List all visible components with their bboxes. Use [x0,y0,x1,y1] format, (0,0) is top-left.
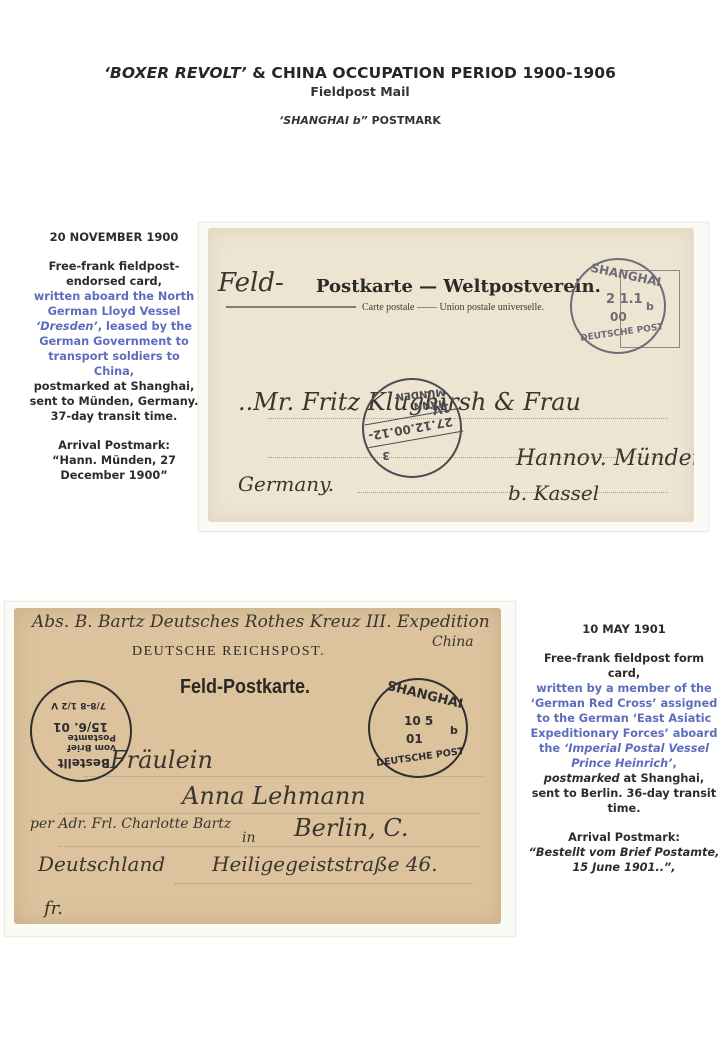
item2-intro: Free-frank fieldpost form card, [528,651,720,681]
card2-street: Heiligegeiststraße 46. [212,852,438,876]
item1-blue-text: written aboard the North German Lloyd Ve… [28,289,200,379]
postcard-2: Abs. B. Bartz Deutsches Rothes Kreuz III… [14,608,501,924]
item1-date: 20 NOVEMBER 1900 [28,230,200,245]
shanghai-postmark: SHANGHAI 2 1.1 00 b DEUTSCHE POST [570,258,666,354]
card2-fr: fr. [44,898,63,919]
card2-address-line2: Anna Lehmann [182,782,366,810]
page-subtitle: Fieldpost Mail [0,84,720,99]
page-title: ‘BOXER REVOLT’ & CHINA OCCUPATION PERIOD… [0,64,720,82]
page-header: ‘BOXER REVOLT’ & CHINA OCCUPATION PERIOD… [0,64,720,127]
card2-sender-line2: China [432,634,474,650]
item2-blue-text: written by a member of the ‘German Red C… [528,681,720,771]
item2-date: 10 MAY 1901 [528,622,720,637]
address-line [59,813,479,814]
card2-printed-header: DEUTSCHE REICHSPOST. [132,644,325,660]
address-line [174,883,474,884]
postmark-heading: ‘SHANGHAI b” POSTMARK [0,114,720,127]
item2-body: postmarked at Shanghai, sent to Berlin. … [528,771,720,816]
card1-printed-title: Postkarte — Weltpostverein. [316,276,601,297]
item2-arrival-text: “Bestellt vom Brief Postamte, 15 June 19… [528,845,720,875]
address-line [59,846,479,847]
card2-sender-line: Abs. B. Bartz Deutsches Rothes Kreuz III… [32,612,490,632]
item2-arrival-label: Arrival Postmark: [528,830,720,845]
item1-description: 20 NOVEMBER 1900 Free-frank fieldpost-en… [28,230,200,483]
card1-address-line2: Hannov. Münden [516,446,694,471]
card1-underline [226,304,356,308]
item1-arrival-text: “Hann. Münden, 27 December 1900” [28,453,200,483]
item1-arrival-label: Arrival Postmark: [28,438,200,453]
item1-body: postmarked at Shanghai, sent to Münden, … [28,379,200,424]
shanghai-postmark-2: SHANGHAI 10 5 01 b DEUTSCHE POST [368,678,468,778]
bestellt-arrival-postmark: Bestellt vom Brief Postamte 15/6. 01 7/8… [30,680,132,782]
munden-arrival-postmark: HANN. MÜNDEN 27.12.00.12-1V. 3 [362,378,462,478]
card1-address-line3: b. Kassel [508,481,599,505]
card2-country: Deutschland [38,852,165,876]
card2-city: Berlin, C. [294,814,409,842]
item2-description: 10 MAY 1901 Free-frank fieldpost form ca… [528,622,720,875]
item1-intro: Free-frank fieldpost-endorsed card, [28,259,200,289]
card2-per-line: per Adr. Frl. Charlotte Bartz [30,816,231,832]
card2-in-label: in [242,830,256,846]
card2-printed-title: Feld-Postkarte. [180,676,310,699]
card1-printed-subtitle: Carte postale —— Union postale universel… [362,302,544,313]
card1-hand-feld: Feld- [218,268,284,298]
card1-country: Germany. [238,472,334,496]
address-line [268,418,668,419]
postcard-1: Feld- Postkarte — Weltpostverein. Carte … [208,228,694,522]
